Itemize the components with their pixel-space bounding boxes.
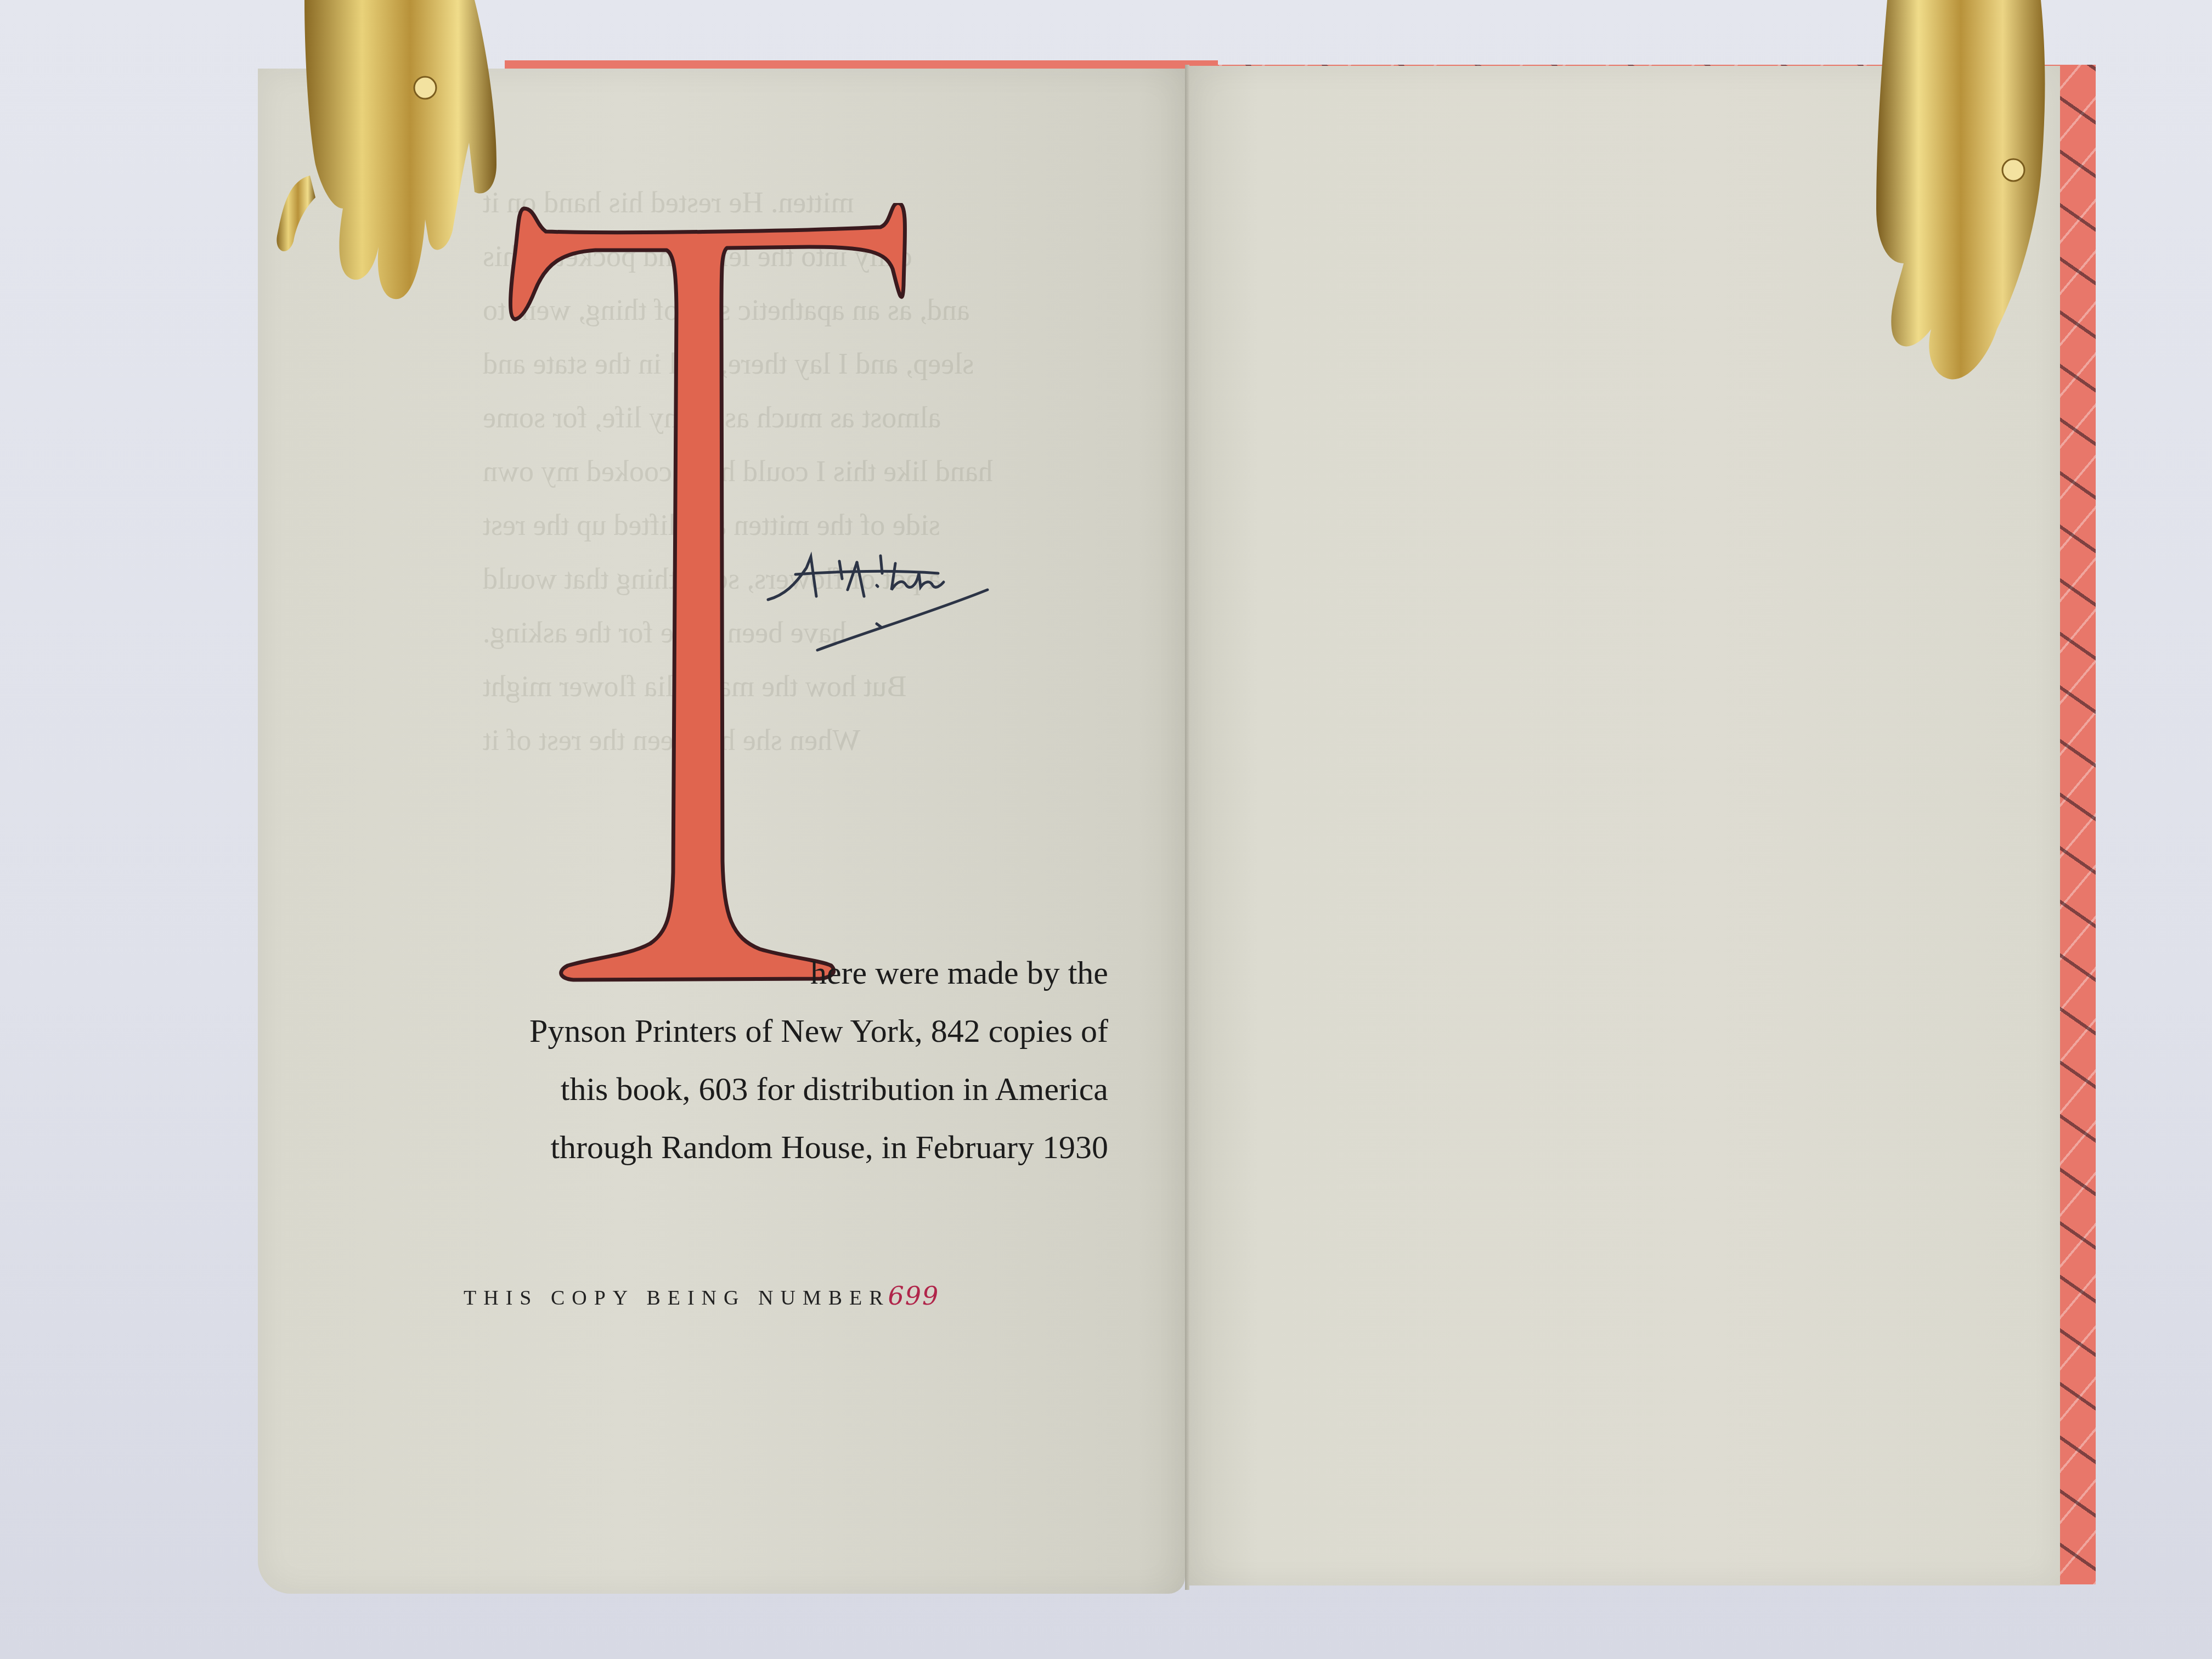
colophon-line: Pynson Printers of New York, 842 copies …	[461, 1002, 1108, 1060]
photo-scene: mitten. He rested his hand on it cally i…	[0, 0, 2212, 1659]
handwritten-signature	[752, 535, 1004, 656]
colophon-text: here were made by the Pynson Printers of…	[461, 944, 1108, 1176]
colophon-line: through Random House, in February 1930	[461, 1118, 1108, 1176]
copy-number: 699	[888, 1281, 940, 1311]
colophon-line: this book, 603 for distribution in Ameri…	[461, 1060, 1108, 1118]
copy-label: THIS COPY BEING NUMBER	[464, 1286, 890, 1310]
brass-hand-right-icon	[1854, 0, 2074, 395]
colophon-line: here were made by the	[461, 944, 1108, 1002]
copy-number-line: THIS COPY BEING NUMBER699	[464, 1281, 939, 1311]
brass-hand-left-icon	[266, 0, 507, 307]
book-gutter	[1185, 65, 1189, 1590]
